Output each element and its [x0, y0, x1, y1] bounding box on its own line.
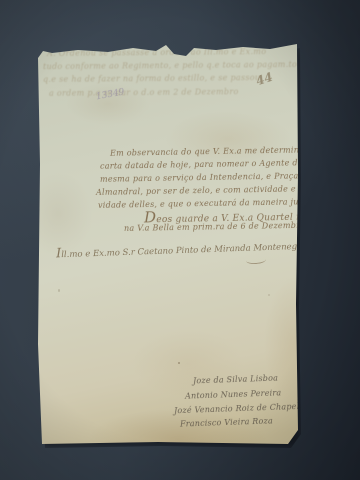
body-line: Almandral, por ser de zelo, e com activi… [96, 184, 317, 197]
ink-speck [58, 289, 60, 292]
faded-header-line: tudo conforme ao Regimento, e pello q.e … [43, 60, 297, 71]
faded-header-line: A. Ordenou se passasse a ordem ao Ill.mo… [47, 47, 266, 58]
faded-header-line: q.e se ha de fazer na forma do estillo, … [43, 73, 260, 84]
faded-header-line: a ordem p.a se dar o d.o em 2 de Dezembr… [49, 87, 239, 98]
body-line: Em observancia do que V. Ex.a me determi… [110, 145, 317, 158]
addressee-line: Ill.mo e Ex.mo S.r Caetano Pinto de Mira… [56, 238, 307, 262]
signature-line: Jozé Venancio Roiz de Chapella [174, 402, 307, 416]
signature-line: Francisco Vieira Roza [180, 416, 273, 428]
body-line: mesma para o serviço da Intendencia, e P… [100, 171, 312, 184]
body-line: carta datada de hoje, para nomear o Agen… [100, 158, 303, 171]
ink-speck [178, 362, 180, 364]
photo-background: A. Ordenou se passasse a ordem ao Ill.mo… [0, 0, 360, 480]
signature-line: Joze da Silva Lisboa [193, 374, 278, 386]
document-paper: A. Ordenou se passasse a ordem ao Ill.mo… [38, 44, 298, 444]
flourish-underline [246, 255, 267, 264]
signature-line: Antonio Nunes Pereira [185, 388, 282, 400]
ink-speck [268, 294, 270, 296]
